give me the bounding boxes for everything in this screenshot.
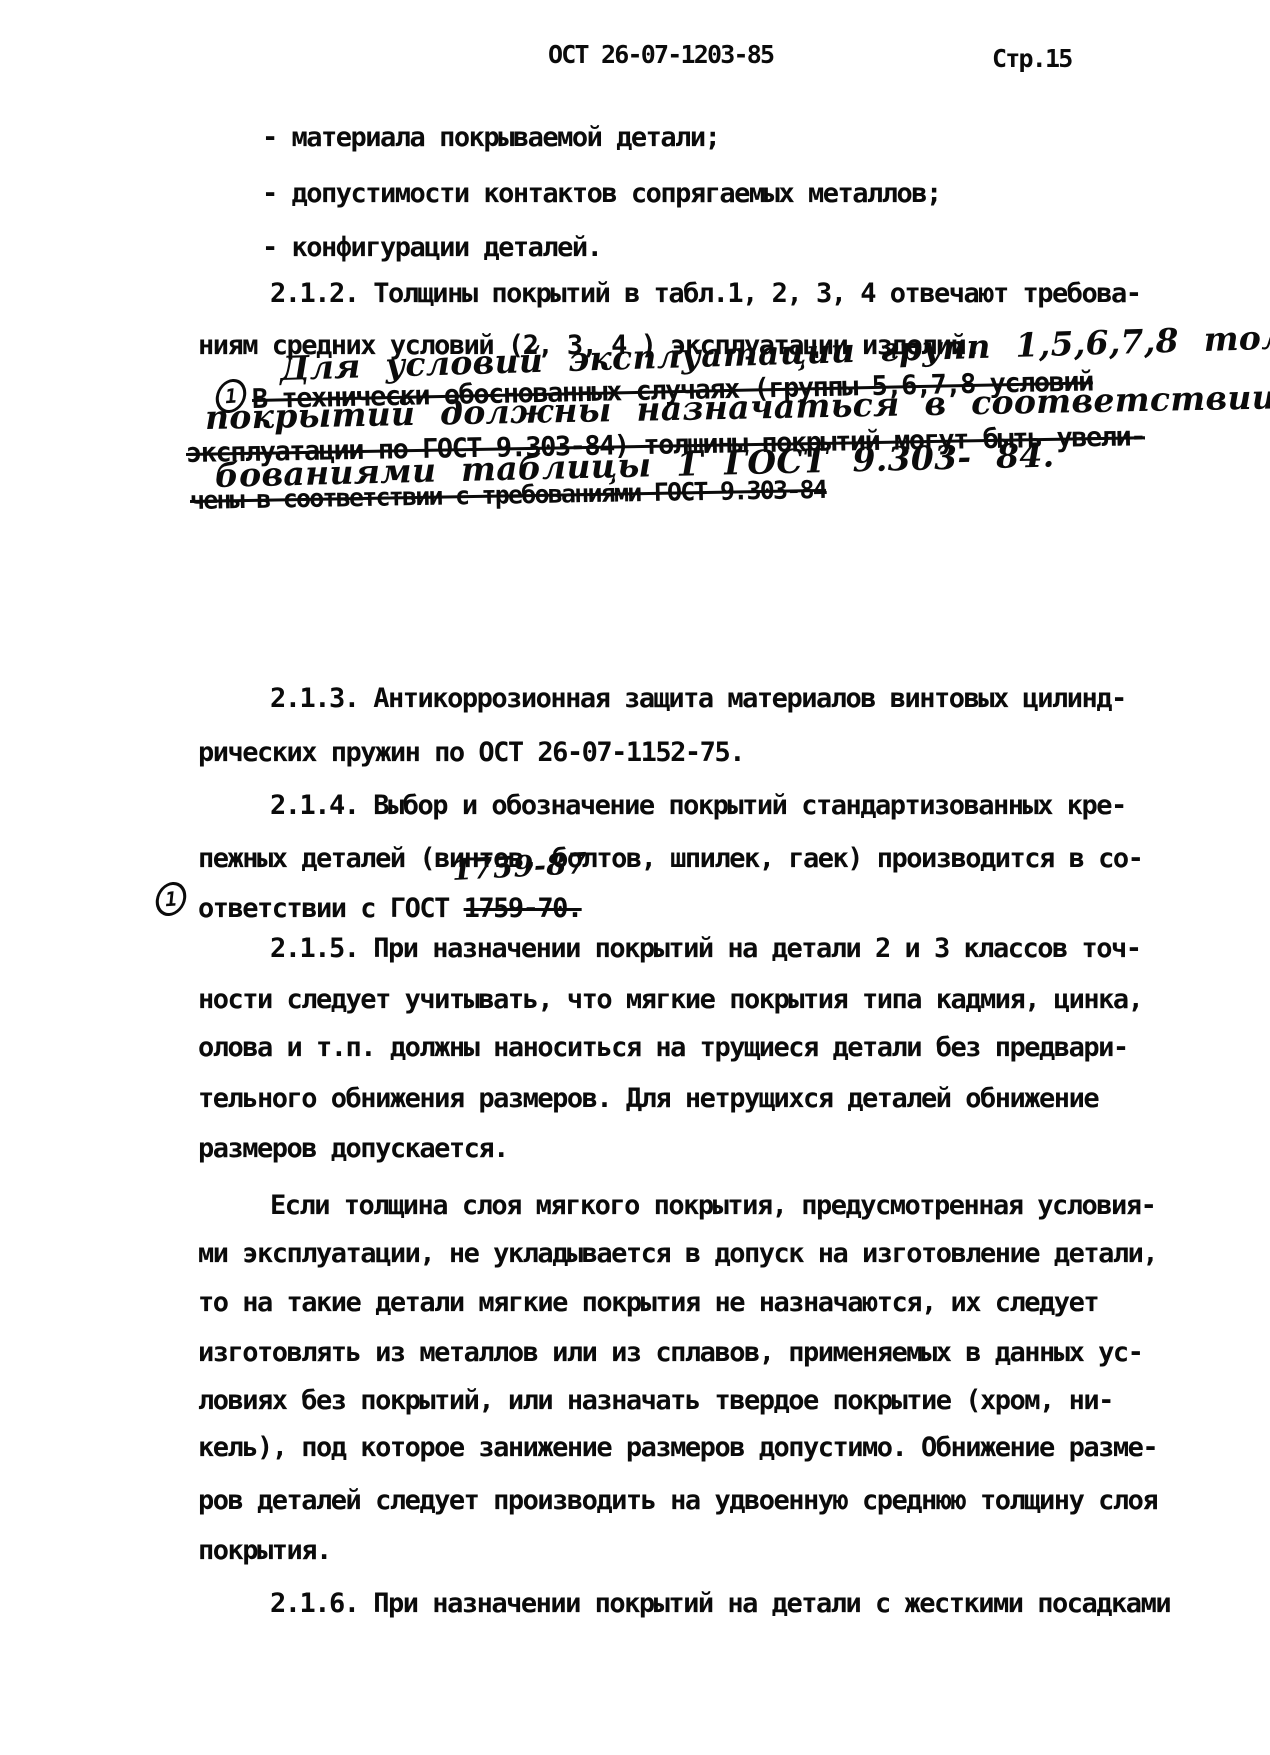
paragraph-line: ров деталей следует производить на удвое… [198,1485,1157,1516]
paragraph-2-1-4-line: пежных деталей (винтов, болтов, шпилек, … [198,843,1142,874]
paragraph-line: то на такие детали мягкие покрытия не на… [198,1287,1098,1318]
paragraph-2-1-5-line: олова и т.п. должны наноситься на трущие… [198,1032,1128,1063]
page-number: Стр.15 [992,44,1072,73]
paragraph-line: изготовлять из металлов или из сплавов, … [198,1337,1142,1368]
paragraph-2-1-5-line: размеров допускается. [198,1133,508,1164]
handwritten-gost-number: 1759-87 [451,846,588,887]
paragraph-2-1-3-line: рических пружин по ОСТ 26-07-1152-75. [198,737,744,768]
text-fragment: ответствии с ГОСТ [198,893,464,924]
paragraph-line: ми эксплуатации, не укладывается в допус… [198,1238,1157,1269]
paragraph-2-1-6-line: 2.1.6. При назначении покрытий на детали… [270,1588,1170,1619]
list-item: - материала покрываемой детали; [262,122,719,153]
paragraph-2-1-3-line: 2.1.3. Антикоррозионная защита материало… [270,683,1126,714]
paragraph-2-1-4-line: ответствии с ГОСТ 1759-70. [198,893,582,924]
paragraph-2-1-2-line: 2.1.2. Толщины покрытий в табл.1, 2, 3, … [270,278,1141,309]
paragraph-2-1-5-line: ности следует учитывать, что мягкие покр… [198,984,1142,1015]
document-number: ОСТ 26-07-1203-85 [548,40,773,69]
struck-gost-number: 1759-70. [464,893,582,924]
revision-mark-circled-1: 1 [154,881,188,917]
paragraph-line: кель), под которое занижение размеров до… [198,1432,1157,1463]
paragraph-line: ловиях без покрытий, или назначать тверд… [198,1385,1113,1416]
list-item: - конфигурации деталей. [262,232,601,263]
paragraph-line: Если толщина слоя мягкого покрытия, пред… [270,1190,1155,1221]
paragraph-line: покрытия. [198,1535,331,1566]
list-item: - допустимости контактов сопрягаемых мет… [262,178,941,209]
paragraph-2-1-4-line: 2.1.4. Выбор и обозначение покрытий стан… [270,790,1126,821]
paragraph-2-1-5-line: тельного обнижения размеров. Для нетрущи… [198,1083,1098,1114]
scanned-document-page: ОСТ 26-07-1203-85 Стр.15 - материала пок… [0,0,1270,1755]
paragraph-2-1-5-line: 2.1.5. При назначении покрытий на детали… [270,933,1141,964]
